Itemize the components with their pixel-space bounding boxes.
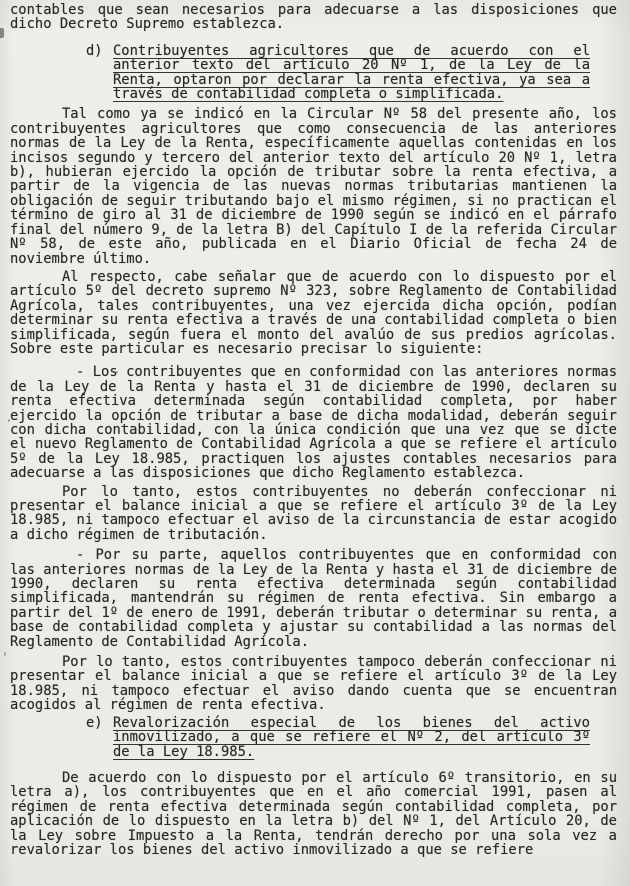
bullet-contabilidad-completa: - Los contribuyentes que en conformidad … xyxy=(10,365,617,480)
paragraph-por-lo-tanto-2: Por lo tanto, estos contribuyentes tampo… xyxy=(10,655,617,713)
section-label-e: e) xyxy=(86,716,103,730)
paragraph-contables-continuation: contables que sean necesarios para adecu… xyxy=(10,3,617,32)
section-heading-d: Contribuyentes agricultores que de acuer… xyxy=(113,43,590,102)
paragraph-tal-como: Tal como ya se indicó en la Circular Nº … xyxy=(10,107,617,265)
scan-speck xyxy=(32,508,35,511)
section-label-d: d) xyxy=(86,44,103,58)
section-heading-e: Revalorización especial de los bienes de… xyxy=(113,715,590,760)
section-item-e: e)Revalorización especial de los bienes … xyxy=(113,716,590,759)
paragraph-de-acuerdo: De acuerdo con lo dispuesto por el artíc… xyxy=(10,771,617,857)
paragraph-por-lo-tanto-1: Por lo tanto, estos contribuyentes no de… xyxy=(10,485,617,543)
bullet-contabilidad-simplificada: - Por su parte, aquellos contribuyentes … xyxy=(10,548,617,649)
scan-speck xyxy=(8,419,10,422)
scan-edge-mark xyxy=(0,28,4,38)
paragraph-al-respecto: Al respecto, cabe señalar que de acuerdo… xyxy=(10,270,617,356)
section-item-d: d)Contribuyentes agricultores que de acu… xyxy=(113,44,590,102)
scan-speck xyxy=(4,652,6,656)
scanned-document-page: contables que sean necesarios para adecu… xyxy=(0,0,630,886)
scan-speck xyxy=(116,371,118,373)
